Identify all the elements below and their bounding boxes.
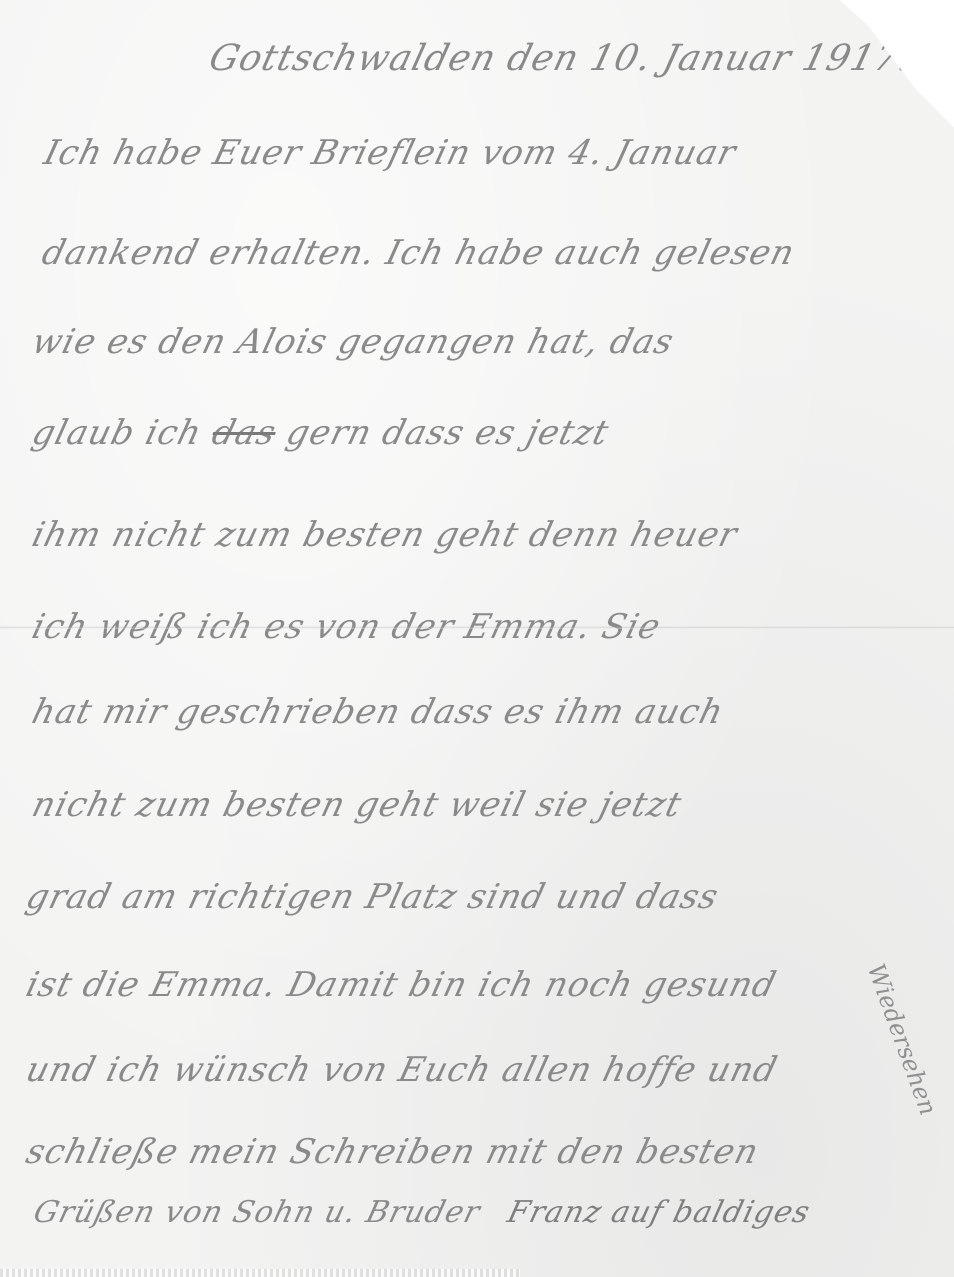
letter-closing-line: Grüßen von Sohn u. Bruder Franz auf bald… bbox=[30, 1195, 814, 1230]
letter-line-9: grad am richtigen Platz sind und dass bbox=[22, 877, 723, 917]
letter-line-11: und ich wünsch von Euch allen hoffe und bbox=[22, 1050, 782, 1090]
letter-date-line: Gottschwalden den 10. Januar 1917. bbox=[205, 38, 916, 79]
letter-page: Gottschwalden den 10. Januar 1917. Ich h… bbox=[0, 0, 954, 1277]
letter-line-1: Ich habe Euer Brieflein vom 4. Januar bbox=[40, 133, 741, 173]
letter-line-12: schließe mein Schreiben mit den besten bbox=[22, 1132, 763, 1172]
signature: Franz auf baldiges bbox=[504, 1195, 814, 1230]
letter-line-5: ihm nicht zum besten geht denn heuer bbox=[28, 515, 742, 555]
letter-line-7: hat mir geschrieben dass es ihm auch bbox=[28, 692, 728, 732]
letter-line-3: wie es den Alois gegangen hat, das bbox=[28, 322, 678, 362]
perforated-edge bbox=[0, 1269, 520, 1277]
letter-line-4-start: glaub ich bbox=[28, 413, 206, 453]
struck-out-word: das bbox=[208, 413, 280, 453]
margin-note: Wiedersehen bbox=[862, 960, 943, 1119]
letter-line-4-end: gern dass es jetzt bbox=[282, 413, 613, 453]
letter-line-8: nicht zum besten geht weil sie jetzt bbox=[28, 785, 686, 825]
closing-greeting: Grüßen von Sohn u. Bruder bbox=[30, 1195, 484, 1230]
letter-line-2: dankend erhalten. Ich habe auch gelesen bbox=[38, 233, 799, 273]
letter-line-4: glaub ich das gern dass es jetzt bbox=[28, 413, 613, 453]
letter-line-6: ich weiß ich es von der Emma. Sie bbox=[28, 607, 665, 647]
letter-line-10: ist die Emma. Damit bin ich noch gesund bbox=[22, 965, 781, 1005]
